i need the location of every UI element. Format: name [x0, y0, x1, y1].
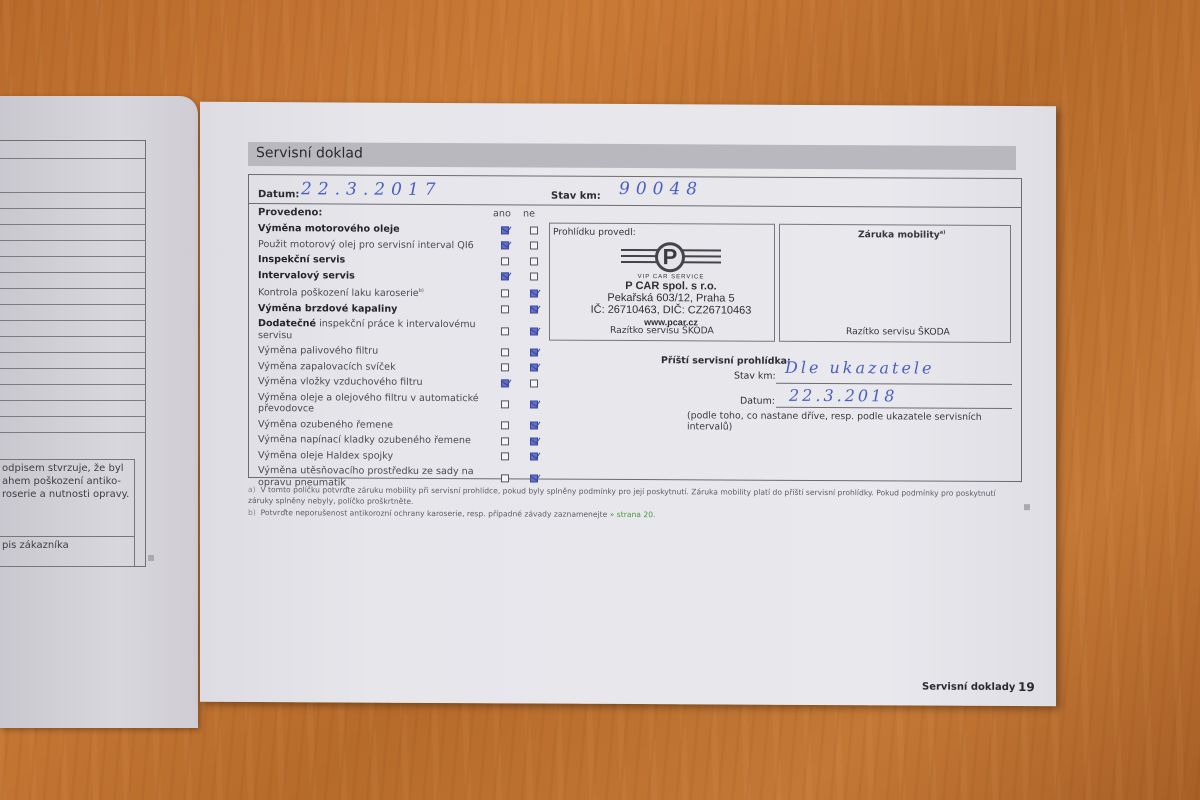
next-inspection-label: Příští servisní prohlídka: [661, 355, 791, 367]
service-item-row: Kontrola poškození laku karoserieb) [258, 283, 548, 302]
service-items-list: Výměna motorového olejePoužit motorový o… [258, 221, 548, 492]
checkbox-yes[interactable] [501, 289, 509, 297]
ruled-line [0, 158, 145, 159]
ruled-line [0, 416, 145, 417]
checkbox-no[interactable] [530, 364, 538, 372]
footnote-a: a) V tomto políčku potvrďte záruku mobil… [248, 484, 1008, 510]
mobility-title: Záruka mobilitya) [858, 229, 945, 241]
checkbox-no[interactable] [530, 474, 538, 482]
checkbox-yes[interactable] [501, 226, 509, 234]
checkbox-no[interactable] [530, 289, 538, 297]
checkbox-yes[interactable] [501, 474, 509, 482]
service-item-row: Inspekční servis [258, 252, 548, 269]
pcar-logo-icon: P [621, 242, 721, 273]
ruled-line [0, 432, 145, 433]
provedeno-label: Provedeno: [258, 207, 322, 218]
checkbox-yes[interactable] [501, 364, 509, 372]
next-km-value[interactable]: Dle ukazatele [785, 358, 935, 378]
checkbox-no[interactable] [530, 306, 538, 314]
left-page: odpisem stvrzuje, že byl ahem poškození … [0, 96, 198, 728]
checkbox-yes[interactable] [501, 437, 509, 445]
mobility-warranty-box: Záruka mobilitya) Razítko servisu ŠKODA [779, 224, 1011, 343]
ruled-line [0, 400, 145, 401]
checkbox-no[interactable] [530, 437, 538, 445]
checkbox-no[interactable] [530, 257, 538, 265]
page-title: Servisní doklad [256, 145, 363, 162]
service-item-row: Intervalový servis [258, 268, 548, 285]
checkbox-no[interactable] [530, 348, 538, 356]
checkbox-yes[interactable] [501, 306, 509, 314]
service-item-row: Výměna napínací kladky ozubeného řemene [258, 432, 548, 449]
next-date-label: Datum: [740, 396, 775, 407]
ruled-line [0, 288, 145, 289]
next-date-underline [776, 407, 1012, 409]
inspection-by-label: Prohlídku provedl: [553, 227, 636, 238]
ruled-line [0, 224, 145, 225]
inspection-stamp-box: Prohlídku provedl: P VIP CAR SERVICE P C… [549, 223, 775, 342]
confirmation-text-line: roserie a nutnosti opravy. [2, 488, 129, 501]
datum-label: Datum: [258, 189, 299, 200]
checkbox-yes[interactable] [501, 257, 509, 265]
checkbox-yes[interactable] [501, 401, 509, 409]
ruled-line [0, 336, 145, 337]
checkbox-no[interactable] [530, 273, 538, 281]
service-item-row: Výměna oleje Haldex spojky [258, 448, 548, 465]
checkbox-yes[interactable] [501, 327, 509, 335]
page-reference-link[interactable]: » strana 20. [610, 510, 656, 519]
service-stamp: P VIP CAR SERVICE P CAR spol. s r.o. Pek… [576, 242, 766, 329]
stamp-address: Pekařská 603/12, Praha 5 [576, 292, 766, 305]
service-item-row: Použit motorový olej pro servisní interv… [258, 237, 548, 254]
checkbox-yes[interactable] [501, 379, 509, 387]
next-date-value[interactable]: 22.3.2018 [789, 386, 897, 406]
datum-value[interactable]: 22.3.2017 [301, 179, 442, 200]
ruled-line [0, 240, 145, 241]
service-item-row: Výměna ozubeného řemene [258, 417, 548, 434]
checkbox-no[interactable] [530, 453, 538, 461]
checkbox-yes[interactable] [501, 453, 509, 461]
end-marker-icon [148, 555, 154, 561]
end-marker-icon [1024, 504, 1030, 510]
service-item-row: Výměna zapalovacích svíček [258, 359, 548, 376]
stamp-caption: Razítko servisu ŠKODA [610, 325, 714, 337]
confirmation-text-line: ahem poškození antiko- [2, 475, 121, 488]
stamp-company: P CAR spol. s r.o. [576, 280, 766, 293]
ruled-line [0, 208, 145, 209]
mobility-caption: Razítko servisu ŠKODA [846, 326, 950, 338]
checkbox-yes[interactable] [501, 422, 509, 430]
ruled-line [0, 384, 145, 385]
footer-section-title: Servisní doklady [922, 682, 1015, 693]
signature-line [0, 536, 134, 537]
customer-signature-label: pis zákazníka [2, 540, 69, 551]
checkbox-yes[interactable] [501, 348, 509, 356]
ruled-line [0, 304, 145, 305]
checkbox-yes[interactable] [501, 242, 509, 250]
service-item-row: Výměna oleje a olejového filtru v automa… [258, 390, 548, 419]
ruled-line [0, 192, 145, 193]
date-km-row: Datum: 22.3.2017 Stav km: 90048 [249, 175, 1021, 208]
title-bar: Servisní doklad [248, 142, 1016, 170]
next-km-underline [776, 383, 1012, 385]
ruled-line [0, 352, 145, 353]
column-header-no: ne [523, 208, 535, 219]
checkbox-no[interactable] [530, 379, 538, 387]
confirmation-text-line: odpisem stvrzuje, že byl [2, 462, 124, 475]
checkbox-no[interactable] [530, 422, 538, 430]
service-item-row: Dodatečné inspekční práce k intervalovém… [258, 316, 548, 345]
service-record-page: Servisní doklad Datum: 22.3.2017 Stav km… [200, 102, 1056, 706]
next-inspection-note: (podle toho, co nastane dříve, resp. pod… [687, 410, 1021, 434]
service-item-row: Výměna vložky vzduchového filtru [258, 374, 548, 391]
stav-km-label: Stav km: [551, 191, 601, 202]
checkbox-no[interactable] [530, 401, 538, 409]
stav-km-value[interactable]: 90048 [619, 179, 703, 199]
service-item-row: Výměna brzdové kapaliny [258, 301, 548, 318]
checkbox-yes[interactable] [501, 273, 509, 281]
column-header-yes: ano [493, 208, 511, 219]
next-km-label: Stav km: [734, 371, 776, 382]
ruled-line [0, 320, 145, 321]
service-item-row: Výměna palivového filtru [258, 343, 548, 360]
ruled-line [0, 368, 145, 369]
ruled-line [0, 256, 145, 257]
service-record-form: Datum: 22.3.2017 Stav km: 90048 Proveden… [248, 174, 1022, 482]
ruled-line [0, 272, 145, 273]
service-item-row: Výměna motorového oleje [258, 221, 548, 238]
page-number: 19 [1018, 680, 1035, 694]
checkbox-no[interactable] [530, 242, 538, 250]
checkbox-no[interactable] [530, 327, 538, 335]
checkbox-no[interactable] [530, 226, 538, 234]
stamp-ids: IČ: 26710463, DIČ: CZ26710463 [576, 304, 766, 317]
